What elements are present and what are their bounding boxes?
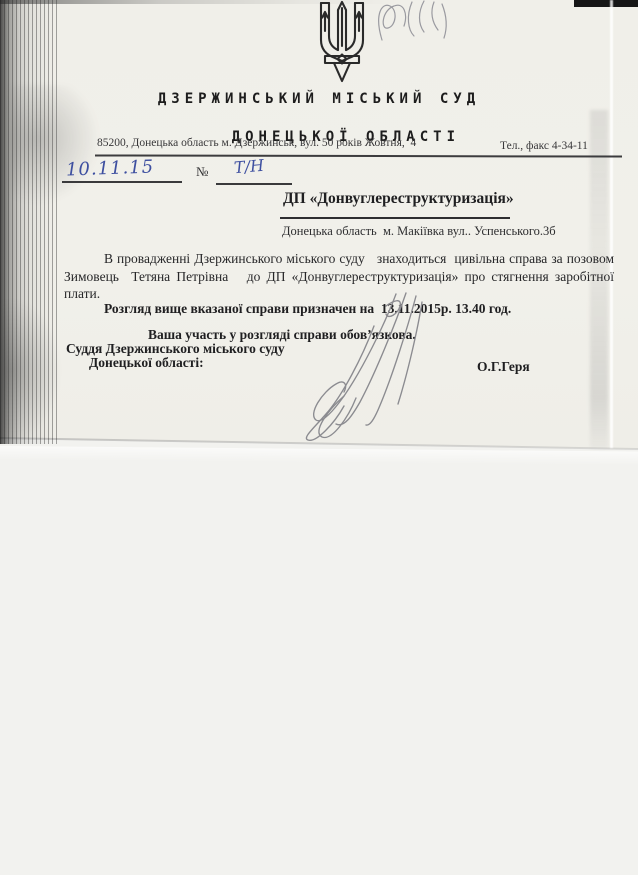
- date-underline: [62, 181, 182, 183]
- number-underline: [216, 183, 292, 185]
- pencil-scribble-icon: [372, 0, 454, 44]
- paper-right-edge: [610, 0, 613, 448]
- handwritten-number: Т/Н: [233, 156, 265, 178]
- court-name-line1: ДЗЕРЖИНСЬКИЙ МІСЬКИЙ СУД: [158, 91, 480, 107]
- scanner-backing: [0, 446, 638, 466]
- judge-name: О.Г.Геря: [477, 359, 530, 375]
- scan-black-bar: [574, 0, 638, 7]
- scanned-court-letter: ДЗЕРЖИНСЬКИЙ МІСЬКИЙ СУД ДОНЕЦЬКОЇ ОБЛАС…: [0, 0, 638, 875]
- judge-title-line2: Донецької області:: [89, 355, 204, 371]
- court-address: 85200, Донецька область м. Дзержинськ, в…: [97, 137, 416, 149]
- ukraine-trident-icon: [306, 0, 378, 84]
- addressee-name: ДП «Донвуглереструктуризація»: [283, 190, 514, 208]
- addressee-address: Донецька область м. Макіївка вул.. Успен…: [282, 224, 556, 239]
- handwritten-date: 10.11.15: [66, 156, 155, 180]
- number-sign: №: [196, 164, 208, 180]
- addressee-divider: [280, 217, 510, 219]
- court-phone: Тел., факс 4-34-11: [500, 140, 588, 152]
- scan-smudge: [0, 300, 60, 440]
- judge-signature-icon: [278, 292, 433, 444]
